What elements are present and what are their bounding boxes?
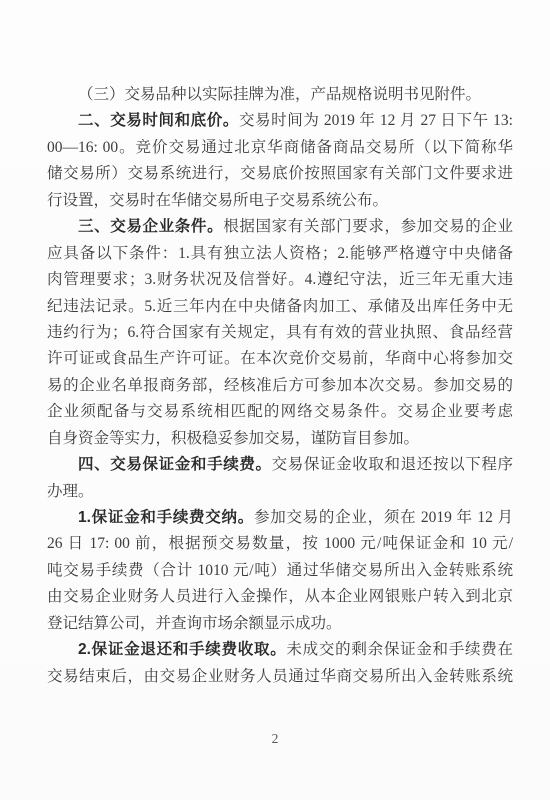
body-text: 违约行为；6.符合国家有关规定，具有有效的营业执照、食品经营 bbox=[47, 324, 513, 341]
doc-line: 26 日 17: 00 前，根据预交易数量，按 1000 元/吨保证金和 10 … bbox=[47, 531, 513, 557]
doc-line: 应具备以下条件：1.具有独立法人资格；2.能够严格遵守中央储备 bbox=[47, 241, 513, 267]
body-text: 吨交易手续费（合计 1010 元/吨）通过华储交易所出入金转账系统 bbox=[47, 562, 513, 579]
doc-line: 易的企业名单报商务部，经核准后方可参加本次交易。参加交易的 bbox=[47, 373, 513, 399]
doc-line: 许可证或食品生产许可证。在本次竞价交易前，华商中心将参加交 bbox=[47, 346, 513, 372]
doc-line: 00—16: 00。竞价交易通过北京华商储备商品交易所（以下简称华 bbox=[47, 135, 513, 161]
doc-line: 二、交易时间和底价。交易时间为 2019 年 12 月 27 日下午 13: bbox=[47, 108, 513, 134]
body-text: 肉管理要求；3.财务状况及信誉好。4.遵纪守法，近三年无重大违 bbox=[47, 271, 513, 288]
doc-line: 交易结束后，由交易企业财务人员通过华商交易所出入金转账系统 bbox=[47, 664, 513, 690]
doc-line: 三、交易企业条件。根据国家有关部门要求，参加交易的企业 bbox=[47, 214, 513, 240]
body-text: 登记结算公司，并查询市场余额显示成功。 bbox=[47, 615, 342, 632]
section-heading: 四、交易保证金和手续费。 bbox=[78, 456, 272, 473]
doc-line: 登记结算公司，并查询市场余额显示成功。 bbox=[47, 611, 513, 637]
doc-line: 四、交易保证金和手续费。交易保证金收取和退还按以下程序 bbox=[47, 452, 513, 478]
body-text: 应具备以下条件：1.具有独立法人资格；2.能够严格遵守中央储备 bbox=[47, 245, 513, 262]
body-text: 许可证或食品生产许可证。在本次竞价交易前，华商中心将参加交 bbox=[47, 350, 513, 367]
doc-line: 2.保证金退还和手续费收取。未成交的剩余保证金和手续费在 bbox=[47, 637, 513, 663]
section-heading: 二、交易时间和底价。 bbox=[78, 112, 239, 129]
body-text: （三）交易品种以实际挂牌为准，产品规格说明书见附件。 bbox=[78, 86, 481, 103]
body-text: 26 日 17: 00 前，根据预交易数量，按 1000 元/吨保证金和 10 … bbox=[47, 535, 513, 552]
section-heading: 三、交易企业条件。 bbox=[78, 218, 223, 235]
body-text: 交易结束后，由交易企业财务人员通过华商交易所出入金转账系统 bbox=[47, 668, 513, 685]
page-number: 2 bbox=[0, 731, 550, 747]
doc-line: 自身资金等实力，积极稳妥参加交易，谨防盲目参加。 bbox=[47, 426, 513, 452]
doc-line: 肉管理要求；3.财务状况及信誉好。4.遵纪守法，近三年无重大违 bbox=[47, 267, 513, 293]
body-text: 00—16: 00。竞价交易通过北京华商储备商品交易所（以下简称华 bbox=[47, 139, 513, 156]
body-text: 易的企业名单报商务部，经核准后方可参加本次交易。参加交易的 bbox=[47, 377, 513, 394]
doc-line: 1.保证金和手续费交纳。参加交易的企业，须在 2019 年 12 月 bbox=[47, 505, 513, 531]
body-text: 交易保证金收取和退还按以下程序 bbox=[272, 456, 513, 473]
body-text: 办理。 bbox=[47, 483, 94, 500]
body-text: 纪违法记录。5.近三年内在中央储备肉加工、承储及出库任务中无 bbox=[47, 298, 513, 315]
body-text: 未成交的剩余保证金和手续费在 bbox=[286, 641, 513, 658]
body-text: 行设置，交易时在华储交易所电子交易系统公布。 bbox=[47, 192, 388, 209]
body-text: 根据国家有关部门要求，参加交易的企业 bbox=[223, 218, 513, 235]
document-text-block: （三）交易品种以实际挂牌为准，产品规格说明书见附件。 二、交易时间和底价。交易时… bbox=[47, 82, 513, 690]
doc-line: （三）交易品种以实际挂牌为准，产品规格说明书见附件。 bbox=[47, 82, 513, 108]
body-text: 自身资金等实力，积极稳妥参加交易，谨防盲目参加。 bbox=[47, 430, 419, 447]
doc-line: 行设置，交易时在华储交易所电子交易系统公布。 bbox=[47, 188, 513, 214]
doc-line: 办理。 bbox=[47, 479, 513, 505]
doc-line: 吨交易手续费（合计 1010 元/吨）通过华储交易所出入金转账系统 bbox=[47, 558, 513, 584]
scanned-document-page: （三）交易品种以实际挂牌为准，产品规格说明书见附件。 二、交易时间和底价。交易时… bbox=[0, 0, 550, 800]
body-text: 由交易企业财务人员进行入金操作，从本企业网银账户转入到北京 bbox=[47, 588, 513, 605]
clause-heading: 2.保证金退还和手续费收取。 bbox=[78, 641, 286, 658]
doc-line: 纪违法记录。5.近三年内在中央储备肉加工、承储及出库任务中无 bbox=[47, 294, 513, 320]
doc-line: 企业须配备与交易系统相匹配的网络交易条件。交易企业要考虑 bbox=[47, 399, 513, 425]
body-text: 企业须配备与交易系统相匹配的网络交易条件。交易企业要考虑 bbox=[47, 403, 513, 420]
body-text: 参加交易的企业，须在 2019 年 12 月 bbox=[254, 509, 513, 526]
doc-line: 储交易所）交易系统进行，交易底价按照国家有关部门文件要求进 bbox=[47, 161, 513, 187]
body-text: 交易时间为 2019 年 12 月 27 日下午 13: bbox=[239, 112, 513, 129]
clause-heading: 1.保证金和手续费交纳。 bbox=[78, 509, 254, 526]
doc-line: 违约行为；6.符合国家有关规定，具有有效的营业执照、食品经营 bbox=[47, 320, 513, 346]
doc-line: 由交易企业财务人员进行入金操作，从本企业网银账户转入到北京 bbox=[47, 584, 513, 610]
body-text: 储交易所）交易系统进行，交易底价按照国家有关部门文件要求进 bbox=[47, 165, 513, 182]
